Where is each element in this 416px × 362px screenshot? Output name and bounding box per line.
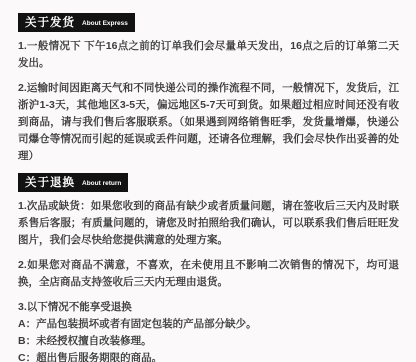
shipping-label-cn: 关于发货 bbox=[25, 14, 75, 30]
shipping-return-notice-page: 关于发货 About Express 1.一般情况下 下午16点之前的订单我们会… bbox=[0, 0, 416, 362]
return-label-en: About return bbox=[82, 180, 121, 187]
shipping-label-en: About Express bbox=[82, 20, 128, 27]
return-exclusion-item-b: B：未经授权擅自改装修理。 bbox=[18, 333, 399, 350]
shipping-paragraph-2: 2.运输时间因距离天气和不同快递公司的操作流程不同，一般情况下，发货后，江浙沪1… bbox=[18, 80, 399, 165]
shipping-paragraph-1: 1.一般情况下 下午16点之前的订单我们会尽量单天发出，16点之后的订单第二天发… bbox=[18, 38, 399, 72]
return-section-label: 关于退换 About return bbox=[18, 173, 128, 192]
return-exclusion-title: 3.以下情况不能享受退换 bbox=[18, 299, 399, 316]
return-exclusion-item-a: A：产品包装损坏或者有固定包装的产品部分缺少。 bbox=[18, 316, 399, 333]
return-paragraph-2: 2.如果您对商品不满意，不喜欢，在未使用且不影响二次销售的情况下，均可退换，全店… bbox=[18, 257, 399, 291]
return-exclusion-list: 3.以下情况不能享受退换 A：产品包装损坏或者有固定包装的产品部分缺少。 B：未… bbox=[18, 299, 399, 362]
return-exclusion-item-c: C：超出售后服务期限的商品。 bbox=[18, 350, 399, 362]
return-section: 关于退换 About return 1.次品或缺货：如果您收到的商品有缺少或者质… bbox=[18, 173, 399, 362]
return-paragraph-1: 1.次品或缺货：如果您收到的商品有缺少或者质量问题，请在签收后三天内及时联系售后… bbox=[18, 198, 399, 249]
return-label-cn: 关于退换 bbox=[25, 174, 75, 190]
shipping-section-label: 关于发货 About Express bbox=[18, 13, 135, 32]
shipping-section: 关于发货 About Express 1.一般情况下 下午16点之前的订单我们会… bbox=[18, 13, 399, 165]
